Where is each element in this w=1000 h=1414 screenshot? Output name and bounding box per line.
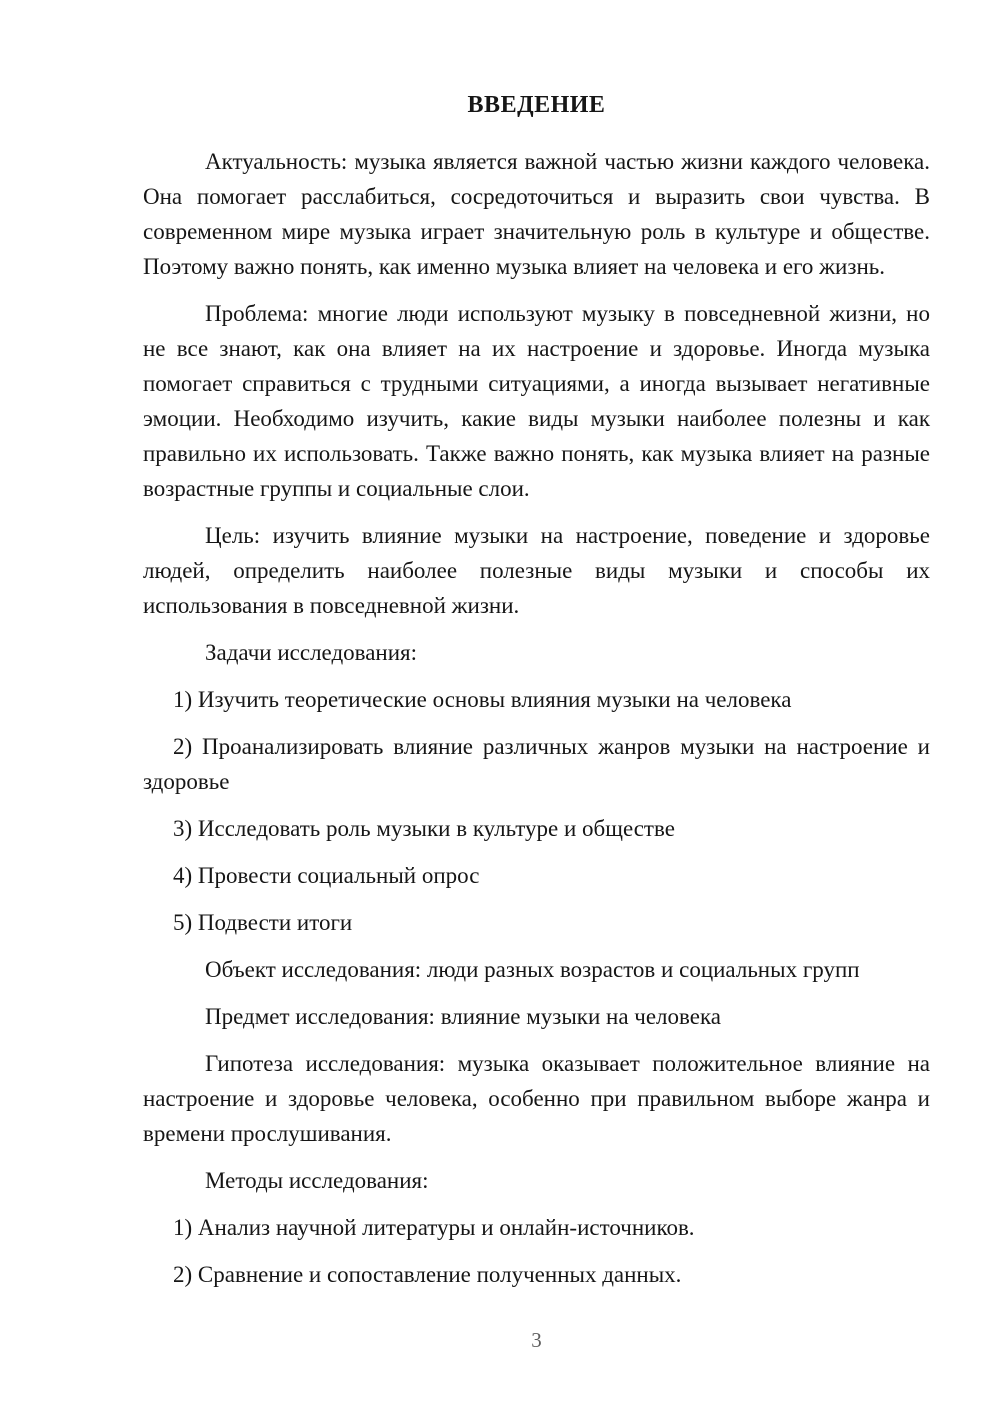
task-item-4: 4) Провести социальный опрос (143, 858, 930, 893)
paragraph-object: Объект исследования: люди разных возраст… (143, 952, 930, 987)
task-item-2: 2) Проанализировать влияние различных жа… (143, 729, 930, 799)
paragraph-subject: Предмет исследования: влияние музыки на … (143, 999, 930, 1034)
tasks-heading: Задачи исследования: (143, 635, 930, 670)
method-item-2: 2) Сравнение и сопоставление полученных … (143, 1257, 930, 1292)
paragraph-problem: Проблема: многие люди используют музыку … (143, 296, 930, 506)
method-item-1: 1) Анализ научной литературы и онлайн-ис… (143, 1210, 930, 1245)
paragraph-relevance: Актуальность: музыка является важной час… (143, 144, 930, 284)
methods-heading: Методы исследования: (143, 1163, 930, 1198)
task-item-5: 5) Подвести итоги (143, 905, 930, 940)
document-content: ВВЕДЕНИЕ Актуальность: музыка является в… (143, 90, 930, 1304)
task-item-3: 3) Исследовать роль музыки в культуре и … (143, 811, 930, 846)
task-item-1: 1) Изучить теоретические основы влияния … (143, 682, 930, 717)
document-page: ВВЕДЕНИЕ Актуальность: музыка является в… (0, 0, 1000, 1414)
paragraph-goal: Цель: изучить влияние музыки на настроен… (143, 518, 930, 623)
page-number: 3 (143, 1328, 930, 1353)
page-title: ВВЕДЕНИЕ (143, 90, 930, 120)
paragraph-hypothesis: Гипотеза исследования: музыка оказывает … (143, 1046, 930, 1151)
